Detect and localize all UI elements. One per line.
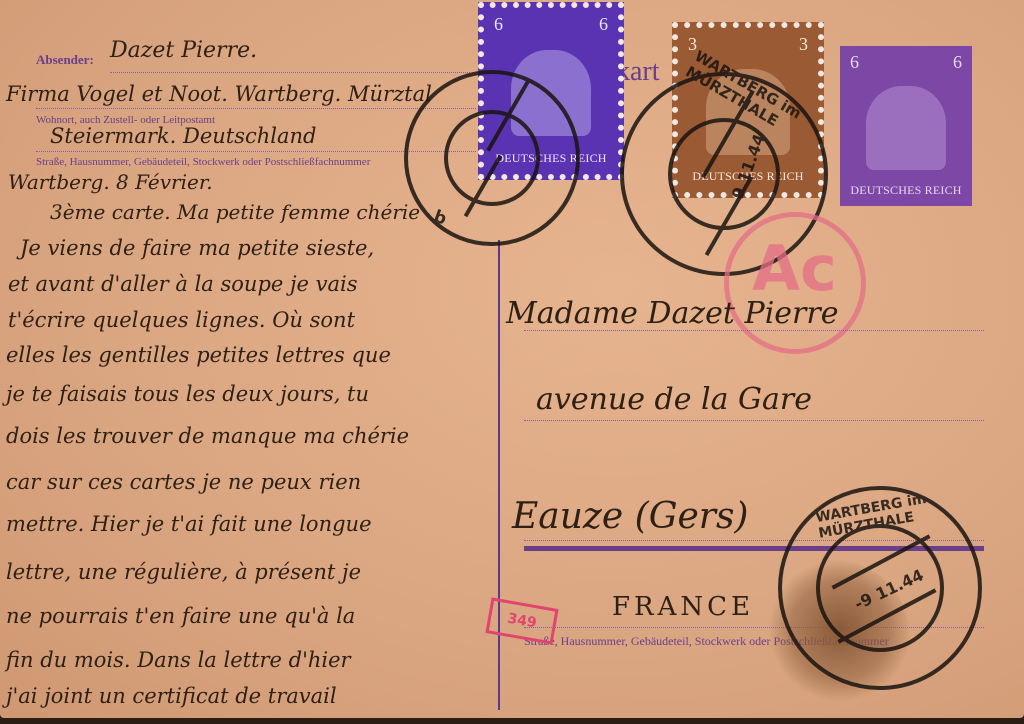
postmark: b [404,70,580,246]
message-line: dois les trouver de manque ma chérie [6,424,409,448]
message-line: lettre, une régulière, à présent je [6,560,361,584]
message-line: j'ai joint un certificat de travail [6,684,337,708]
recipient-street: avenue de la Gare [536,382,812,417]
message-line: je te faisais tous les deux jours, tu [6,382,369,406]
stamp-6pf-imprinted: 66 DEUTSCHES REICH [840,46,972,206]
censor-letter: Ac [752,232,837,305]
postmark-ring-text: b [431,207,449,230]
recipient-country: FRANCE [612,592,754,622]
recipient-name: Madame Dazet Pierre [506,296,839,331]
censor-number-box: 349 [485,597,558,644]
message-line: elles les gentilles petites lettres que [6,343,391,367]
vertical-divider [498,240,500,710]
portrait-icon [866,86,945,169]
message-line: mettre. Hier je t'ai fait une longue [6,512,372,536]
sender-name: Dazet Pierre. [110,38,257,63]
message-line: et avant d'aller à la soupe je vais [8,272,357,296]
message-line: 3ème carte. Ma petite femme chérie [50,200,420,224]
message-line: ne pourrais t'en faire une qu'à la [6,604,355,628]
strasse-label: Straße, Hausnummer, Gebäudeteil, Stockwe… [36,156,370,168]
dotted-line [110,72,470,73]
message-line: Je viens de faire ma petite sieste, [20,236,374,260]
dotted-line [36,108,476,109]
postcard: Absender: Wohnort, auch Zustell- oder Le… [0,0,1024,718]
message-line: fin du mois. Dans la lettre d'hier [6,648,351,672]
recipient-city: Eauze (Gers) [512,496,748,537]
message-line: t'écrire quelques lignes. Où sont [8,308,355,332]
sender-firm: Firma Vogel et Noot. Wartberg. Mürztal [6,82,432,106]
message-line: Wartberg. 8 Février. [8,170,213,194]
message-line: car sur ces cartes je ne peux rien [6,470,361,494]
absender-label: Absender: [36,52,94,68]
dotted-line [524,420,984,421]
postmark-inner-ring [444,110,540,206]
postmark: -9 11.44 WARTBERG im MÜRZTHALE [778,486,982,690]
sender-region: Steiermark. Deutschland [50,124,316,148]
